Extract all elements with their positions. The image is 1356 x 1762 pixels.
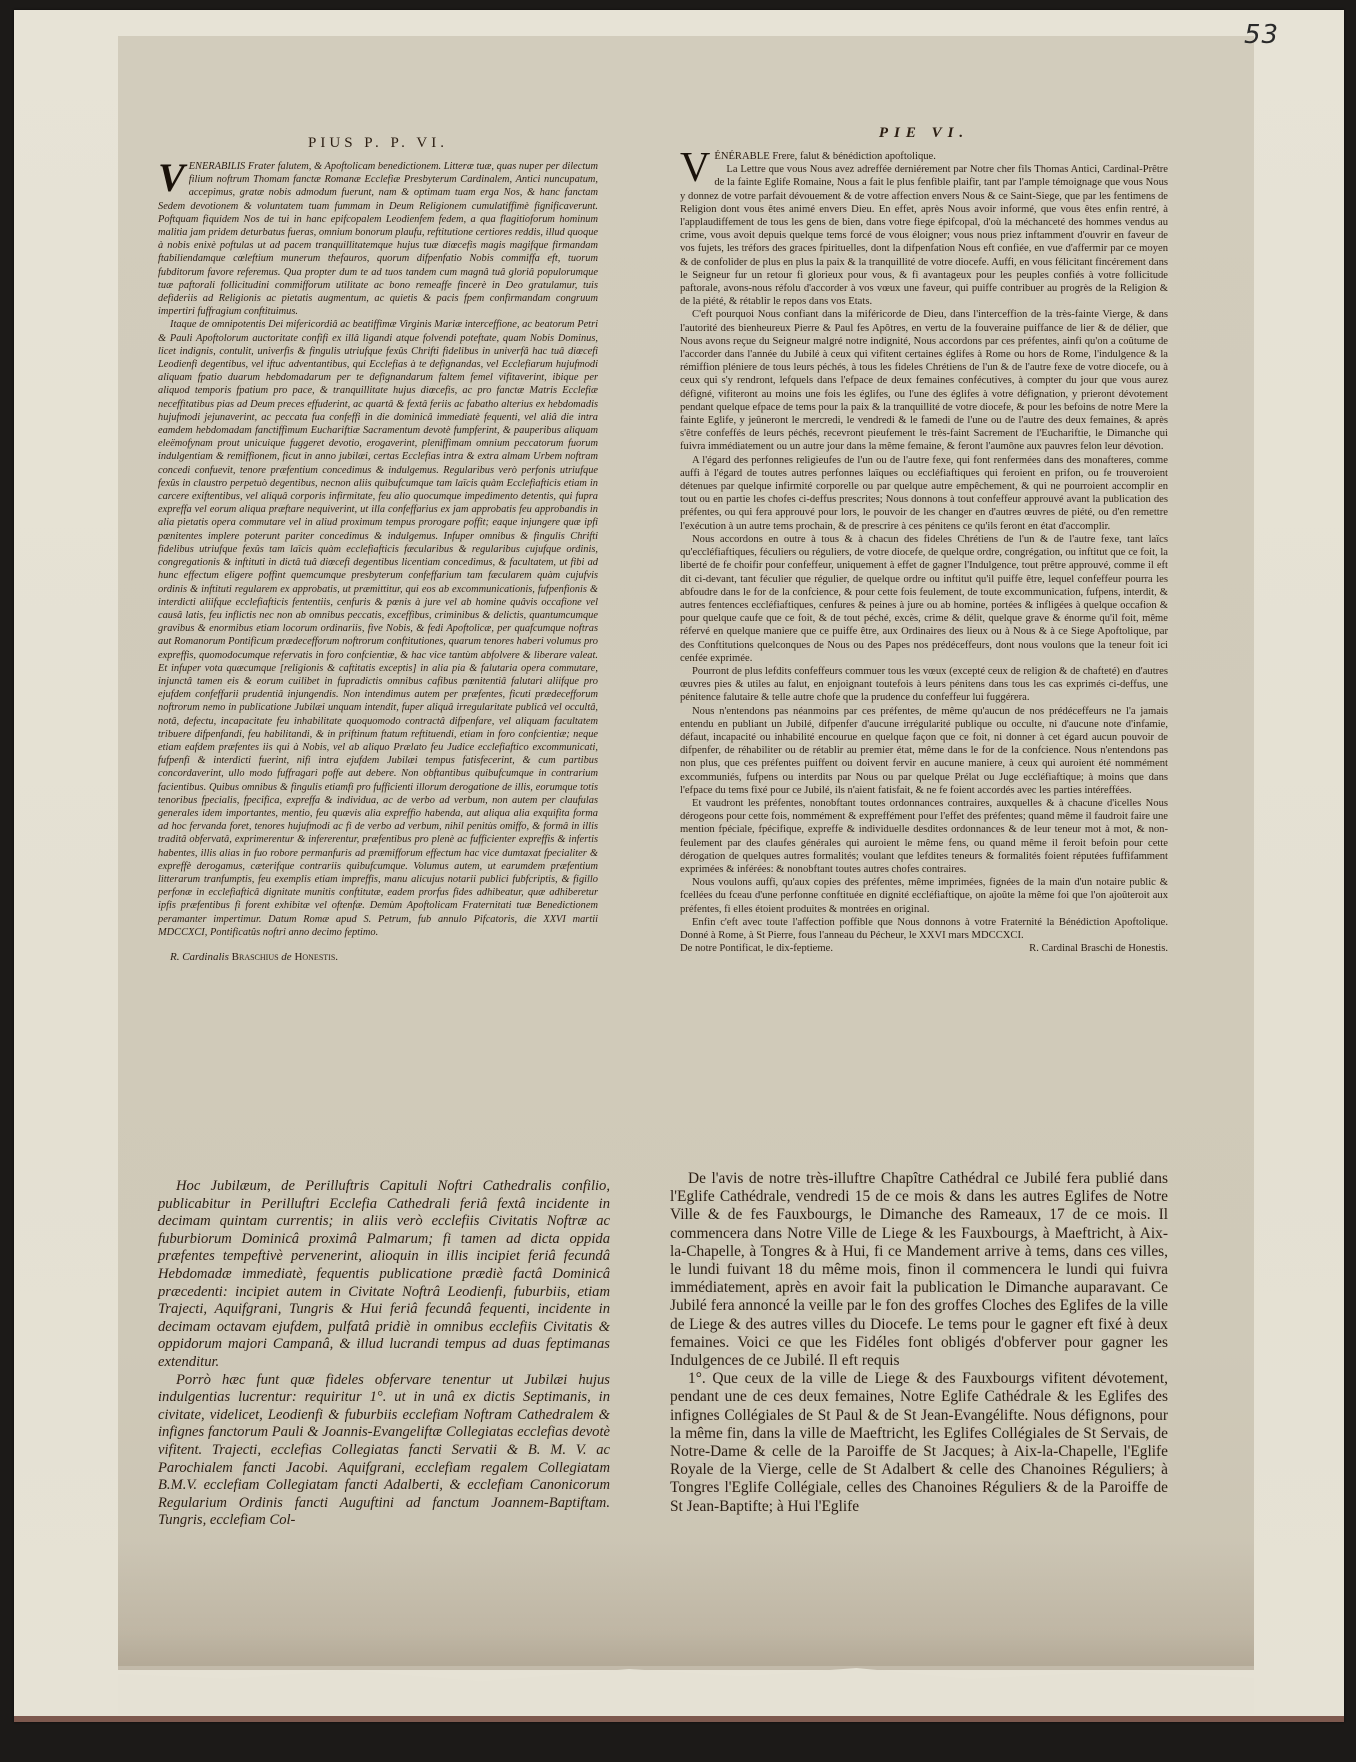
lower-latin-paragraph: Porrò hæc funt quæ fideles obfervare ten… — [158, 1372, 610, 1530]
lower-latin-section: Hoc Jubilæum, de Perilluftris Capituli N… — [158, 1178, 610, 1530]
latin-heading: PIUS P. P. VI. — [158, 135, 598, 152]
water-stain — [118, 1540, 1254, 1670]
french-paragraph: Nous n'entendons pas néanmoins par ces p… — [680, 705, 1168, 797]
french-paragraph: Enfin c'eft avec toute l'affection poffi… — [680, 916, 1168, 942]
latin-paragraph: Frater falutem, & Apoftolicam benedictio… — [158, 161, 598, 317]
french-paragraph: Et vaudront les préfentes, nonobftant to… — [680, 797, 1168, 876]
french-paragraph: Nous voulons auffi, qu'aux copies des pr… — [680, 876, 1168, 916]
french-closing-date: De notre Pontificat, le dix-feptieme. — [680, 942, 833, 955]
latin-body: V ENERABILIS Frater falutem, & Apoftolic… — [158, 160, 598, 964]
french-paragraph: La Lettre que vous Nous avez adreffée de… — [680, 163, 1168, 308]
french-paragraph: Nous accordons en outre à tous & à chacu… — [680, 533, 1168, 665]
french-closing: De notre Pontificat, le dix-feptieme. R.… — [680, 942, 1168, 955]
french-paragraph: Pourront de plus lefdits confeffeurs com… — [680, 665, 1168, 705]
latin-dropcap: V — [158, 162, 185, 194]
lower-french-section: De l'avis de notre très-illuftre Chapîtr… — [670, 1170, 1168, 1516]
french-column: PIE VI. V ÉNÉRABLE Frere, falut & bénédi… — [680, 125, 1168, 955]
lower-french-paragraph: 1°. Que ceux de la ville de Liege & des … — [670, 1370, 1168, 1516]
french-paragraph: C'eft pourquoi Nous confiant dans la mif… — [680, 308, 1168, 453]
french-body: V ÉNÉRABLE Frere, falut & bénédiction ap… — [680, 150, 1168, 955]
french-opening-word: ÉNÉRABLE — [714, 151, 769, 162]
handwritten-page-number: 53 — [1244, 20, 1279, 50]
lower-french-paragraph: De l'avis de notre très-illuftre Chapîtr… — [670, 1170, 1168, 1370]
latin-signature: R. Cardinalis Braschius de Honestis. — [158, 951, 598, 964]
latin-opening-word: ENERABILIS — [189, 161, 246, 172]
paper-torn-edge — [14, 1716, 1344, 1722]
latin-column: PIUS P. P. VI. V ENERABILIS Frater falut… — [158, 135, 598, 964]
french-heading: PIE VI. — [680, 125, 1168, 142]
french-dropcap: V — [680, 152, 710, 184]
french-paragraph: Frere, falut & bénédiction apoftolique. — [772, 151, 936, 162]
latin-paragraph: Itaque de omnipotentis Dei mifericordiâ … — [158, 318, 598, 939]
french-paragraph: A l'égard des perfonnes religieufes de l… — [680, 454, 1168, 533]
french-signature: R. Cardinal Braschi de Honestis. — [1029, 942, 1168, 955]
lower-latin-paragraph: Hoc Jubilæum, de Perilluftris Capituli N… — [158, 1178, 610, 1372]
